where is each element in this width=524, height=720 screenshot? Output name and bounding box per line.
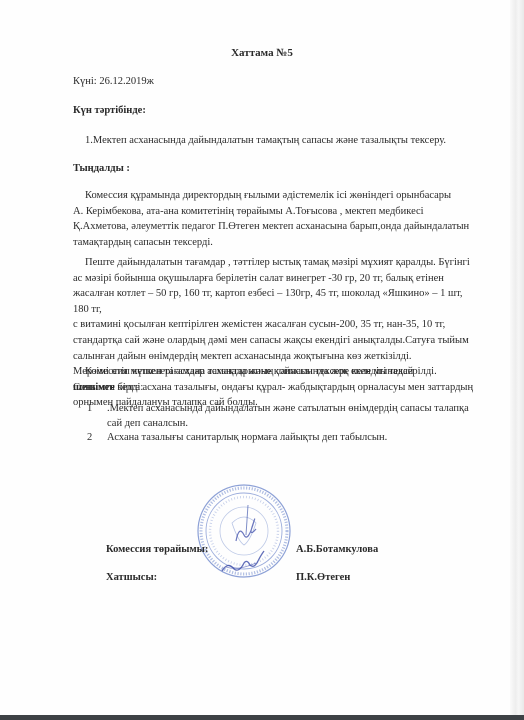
scan-edge-bottom xyxy=(0,715,524,720)
text-line: Қ.Ахметова, әлеуметтік педагог П.Өтеген … xyxy=(73,219,473,235)
chair-name: А.Б.Ботамкулова xyxy=(296,544,378,555)
decision-rest: келді: xyxy=(115,382,144,393)
text-line: 180 тг, xyxy=(73,302,473,318)
text-line: салынған дайын өнімдердің мектеп асханас… xyxy=(73,349,473,365)
text-line: шешімге келді: xyxy=(73,380,473,396)
text-line: с витамині қосылған кептірілген жемістен… xyxy=(73,317,473,333)
decision-item: 2 Асхана тазалығы санитарлық нормаға лай… xyxy=(87,431,467,446)
text-line: А. Керімбекова, ата-ана комитетінің төра… xyxy=(73,204,473,220)
decisions-list: 1 .Мектеп асханасында дайындалатын және … xyxy=(87,402,467,446)
decision-number: 1 xyxy=(87,402,107,431)
heard-heading: Тыңдалды : xyxy=(73,162,130,175)
decision-word: шешімге xyxy=(73,382,115,393)
agenda-item: 1.Мектеп асханасында дайындалатын тамақт… xyxy=(85,134,446,147)
secretary-label: Хатшысы: xyxy=(106,572,157,583)
text-line: .Мектеп асханасында дайындалатын және са… xyxy=(107,402,469,417)
text-line: сай деп саналсын. xyxy=(107,417,469,432)
secretary-name: П.К.Өтеген xyxy=(296,572,350,583)
agenda-heading: Күн тәртібінде: xyxy=(73,104,146,117)
decision-item: 1 .Мектеп асханасында дайындалатын және … xyxy=(87,402,467,431)
text-line: стандартқа сай және олардың дәмі мен сап… xyxy=(73,333,473,349)
scan-edge-right xyxy=(510,0,524,715)
text-line: ас мәзірі бойынша оқушыларға берілетін с… xyxy=(73,271,473,287)
decision-number: 2 xyxy=(87,431,107,446)
document-page: Хаттама №5 Күні: 26.12.2019ж Күн тәртібі… xyxy=(0,0,524,715)
text-line: жасалған котлет – 50 гр, 160 тг, картоп … xyxy=(73,286,473,302)
paragraph-conclusion: Комессия мүшелері асхана тамақтарының са… xyxy=(73,364,473,395)
text-line: Пеште дайындалатын тағамдар , тәттілер ы… xyxy=(73,255,473,271)
official-stamp-icon xyxy=(196,483,292,579)
text-line: Комессия құрамында директордың ғылыми әд… xyxy=(73,188,473,204)
document-date: Күні: 26.12.2019ж xyxy=(73,75,154,88)
document-title: Хаттама №5 xyxy=(0,47,524,59)
text-line: тамақтардың сапасын тексерді. xyxy=(73,235,473,251)
chair-label: Комессия төрайымы: xyxy=(106,544,208,555)
text-line: Комессия мүшелері асхана тамақтарының са… xyxy=(73,364,473,380)
paragraph-commission: Комессия құрамында директордың ғылыми әд… xyxy=(73,188,473,250)
text-line: Асхана тазалығы санитарлық нормаға лайық… xyxy=(107,431,387,446)
